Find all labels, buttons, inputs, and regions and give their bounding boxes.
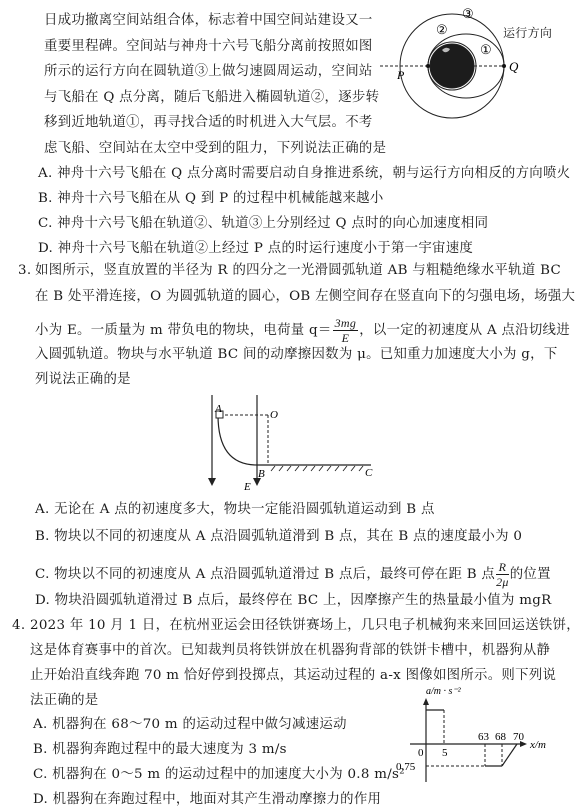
q4-line-1: 2023 年 10 月 1 日，在杭州亚运会田径铁饼赛场上，几只电子机械狗来来回… bbox=[30, 617, 580, 635]
q3-line-5: 列说法正确的是 bbox=[35, 371, 131, 389]
q4-option-d: D. 机器狗在奔跑过程中，地面对其产生滑动摩擦力的作用 bbox=[33, 791, 381, 808]
label-c: C bbox=[365, 467, 373, 479]
direction-label: 运行方向 bbox=[503, 24, 552, 42]
point-q-label: Q bbox=[509, 59, 519, 74]
x-tick-70: 70 bbox=[513, 731, 525, 743]
y-tick-075: 0.75 bbox=[396, 761, 416, 773]
q3-line-3-post: ，以一定的初速度从 A 点沿切线进 bbox=[359, 323, 570, 338]
q4-number: 4. bbox=[12, 617, 25, 635]
q2-line-3: 所示的运行方向在圆轨道③上做匀速圆周运动，空间站 bbox=[44, 63, 373, 81]
fraction-numerator: 3mg bbox=[333, 316, 359, 331]
fraction-denominator: 2μ bbox=[496, 575, 509, 589]
x-tick-68: 68 bbox=[495, 731, 507, 743]
orbit-3-label: ③ bbox=[462, 6, 474, 21]
orbit-1-label: ① bbox=[480, 42, 492, 57]
label-e: E bbox=[243, 481, 251, 493]
arc-track-diagram: A O B C E bbox=[180, 390, 400, 500]
q4-line-4: 法正确的是 bbox=[30, 692, 98, 710]
q2-line-1: 日成功撤离空间站组合体，标志着中国空间站建设又一 bbox=[44, 12, 373, 30]
q4-line-2: 这是体育赛事中的首次。已知裁判员将铁饼放在机器狗背部的铁饼卡槽中，机器狗从静 bbox=[30, 642, 550, 660]
a-x-graph: a/m · s⁻² 0 5 63 68 70 x/m 0.75 bbox=[390, 680, 582, 808]
orbit-2-label: ② bbox=[436, 22, 448, 37]
q3-line-1: 如图所示，竖直放置的半径为 R 的四分之一光滑圆弧轨道 AB 与粗糙绝缘水平轨道… bbox=[35, 262, 561, 280]
label-a: A bbox=[214, 403, 222, 415]
q3-line-4: 入圆弧轨道。物块与水平轨道 BC 间的动摩擦因数为 μ。已知重力加速度大小为 g… bbox=[35, 346, 558, 364]
q4-option-c: C. 机器狗在 0～5 m 的运动过程中的加速度大小为 0.8 m/s² bbox=[33, 766, 405, 784]
q2-option-a: A. 神舟十六号飞船在 Q 点分离时需要启动自身推进系统，朝与运行方向相反的方向… bbox=[38, 165, 570, 183]
q3-option-b: B. 物块以不同的初速度从 A 点沿圆弧轨道滑到 B 点，其在 B 点的速度最小… bbox=[35, 528, 522, 546]
label-b: B bbox=[258, 468, 265, 480]
earth bbox=[430, 44, 474, 88]
q3-option-d: D. 物块沿圆弧轨道滑过 B 点后，最终停在 BC 上，因摩擦产生的热量最小值为… bbox=[35, 592, 552, 610]
q3-line-3-pre: 小为 E。一质量为 m 带负电的物块，电荷量 q＝ bbox=[35, 323, 332, 338]
x-axis-label: x/m bbox=[529, 739, 546, 751]
q3-number: 3. bbox=[18, 262, 31, 280]
q2-line-5: 移到近地轨道①，再寻找合适的时机进入大气层。不考 bbox=[44, 114, 373, 132]
q3-line-2: 在 B 处平滑连接，O 为圆弧轨道的圆心，OB 左侧空间存在竖直向下的匀强电场，… bbox=[35, 288, 575, 306]
x-tick-63: 63 bbox=[478, 731, 490, 743]
q3-option-c: C. 物块以不同的初速度从 A 点沿圆弧轨道滑过 B 点后，最终可停在距 B 点… bbox=[35, 560, 551, 589]
charge-fraction: 3mgE bbox=[333, 316, 359, 345]
distance-fraction: R2μ bbox=[496, 560, 509, 589]
point-p-label: P bbox=[396, 68, 405, 82]
q4-option-a: A. 机器狗在 68～70 m 的运动过程中做匀减速运动 bbox=[33, 716, 347, 734]
fraction-numerator: R bbox=[496, 560, 509, 575]
label-o: O bbox=[270, 409, 278, 421]
q3-line-3: 小为 E。一质量为 m 带负电的物块，电荷量 q＝3mgE，以一定的初速度从 A… bbox=[35, 316, 570, 345]
q2-option-d: D. 神舟十六号飞船在轨道②上经过 P 点的时运行速度小于第一宇宙速度 bbox=[38, 240, 473, 258]
q3-option-c-post: 的位置 bbox=[510, 567, 551, 582]
q2-line-2: 重要里程碑。空间站与神舟十六号飞船分离前按照如图 bbox=[44, 38, 373, 56]
q3-option-c-pre: C. 物块以不同的初速度从 A 点沿圆弧轨道滑过 B 点后，最终可停在距 B 点 bbox=[35, 567, 495, 582]
q4-option-b: B. 机器狗奔跑过程中的最大速度为 3 m/s bbox=[33, 741, 287, 759]
fraction-denominator: E bbox=[333, 331, 359, 345]
q2-option-c: C. 神舟十六号飞船在轨道②、轨道③上分别经过 Q 点时的向心加速度相同 bbox=[38, 215, 488, 233]
y-axis-label: a/m · s⁻² bbox=[426, 686, 462, 697]
x-tick-5: 5 bbox=[442, 747, 448, 759]
q2-option-b: B. 神舟十六号飞船在从 Q 到 P 的过程中机械能越来越小 bbox=[38, 190, 384, 208]
q3-option-a: A. 无论在 A 点的初速度多大，物块一定能沿圆弧轨道运动到 B 点 bbox=[35, 501, 435, 519]
q2-line-6: 虑飞船、空间站在太空中受到的阻力，下列说法正确的是 bbox=[44, 140, 386, 158]
q2-line-4: 与飞船在 Q 点分离，随后飞船进入椭圆轨道②，逐步转 bbox=[44, 89, 379, 107]
origin-label: 0 bbox=[418, 747, 424, 759]
orbit-diagram: P Q ① ② ③ bbox=[380, 0, 582, 135]
